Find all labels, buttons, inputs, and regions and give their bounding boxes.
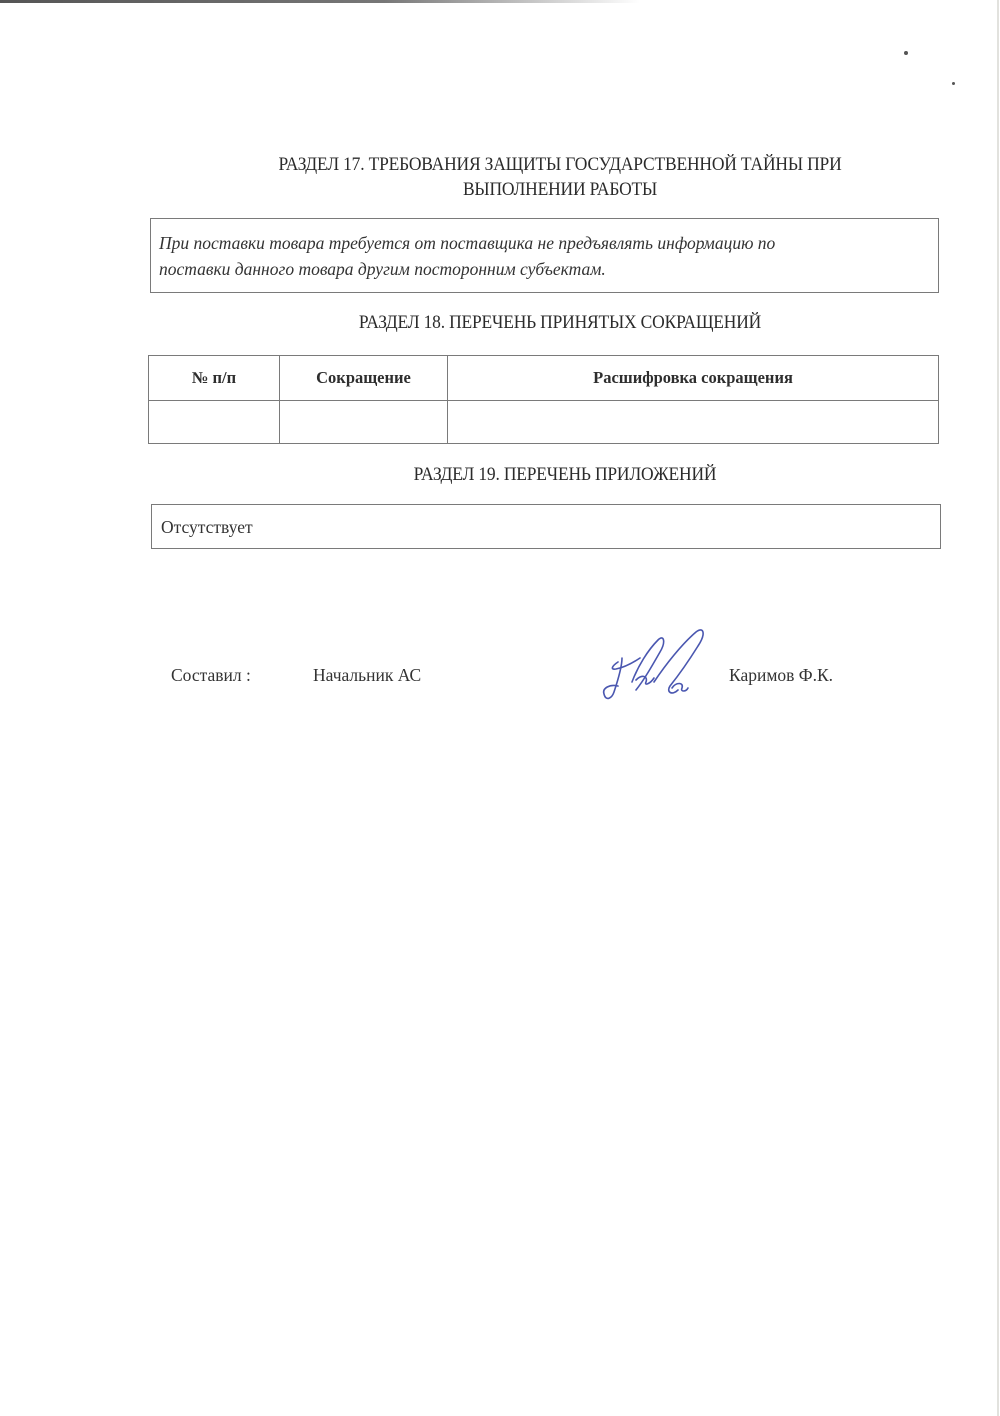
section-17-title-line-1: РАЗДЕЛ 17. ТРЕБОВАНИЯ ЗАЩИТЫ ГОСУДАРСТВЕ… (183, 152, 937, 177)
scan-edge-top (0, 0, 640, 3)
table-row (149, 401, 939, 444)
column-header-number: № п/п (149, 356, 280, 401)
cell-abbreviation (280, 401, 448, 444)
handwritten-signature-icon (592, 622, 732, 712)
scan-speck (952, 82, 955, 85)
section-17-text-line-2: поставки данного товара другим посторонн… (159, 256, 928, 282)
scan-speck (904, 51, 908, 55)
section-19-text-box: Отсутствует (151, 504, 941, 549)
column-header-abbreviation: Сокращение (280, 356, 448, 401)
column-header-decoding: Расшифровка сокращения (448, 356, 939, 401)
compiled-by-label: Составил : (171, 663, 251, 687)
section-19-text: Отсутствует (161, 517, 253, 537)
table-header-row: № п/п Сокращение Расшифровка сокращения (149, 356, 939, 401)
signer-position: Начальник АС (313, 663, 421, 687)
section-18-title: РАЗДЕЛ 18. ПЕРЕЧЕНЬ ПРИНЯТЫХ СОКРАЩЕНИЙ (183, 310, 937, 335)
section-19-title: РАЗДЕЛ 19. ПЕРЕЧЕНЬ ПРИЛОЖЕНИЙ (183, 462, 947, 487)
signer-name: Каримов Ф.К. (729, 663, 833, 687)
cell-decoding (448, 401, 939, 444)
scan-edge-right (997, 0, 999, 1416)
abbreviations-table: № п/п Сокращение Расшифровка сокращения (148, 355, 939, 444)
section-17-text-line-1: При поставки товара требуется от поставщ… (159, 230, 928, 256)
section-17-text-box: При поставки товара требуется от поставщ… (150, 218, 939, 293)
section-17-title-line-2: ВЫПОЛНЕНИИ РАБОТЫ (183, 177, 937, 202)
cell-number (149, 401, 280, 444)
section-17-title: РАЗДЕЛ 17. ТРЕБОВАНИЯ ЗАЩИТЫ ГОСУДАРСТВЕ… (183, 152, 937, 202)
